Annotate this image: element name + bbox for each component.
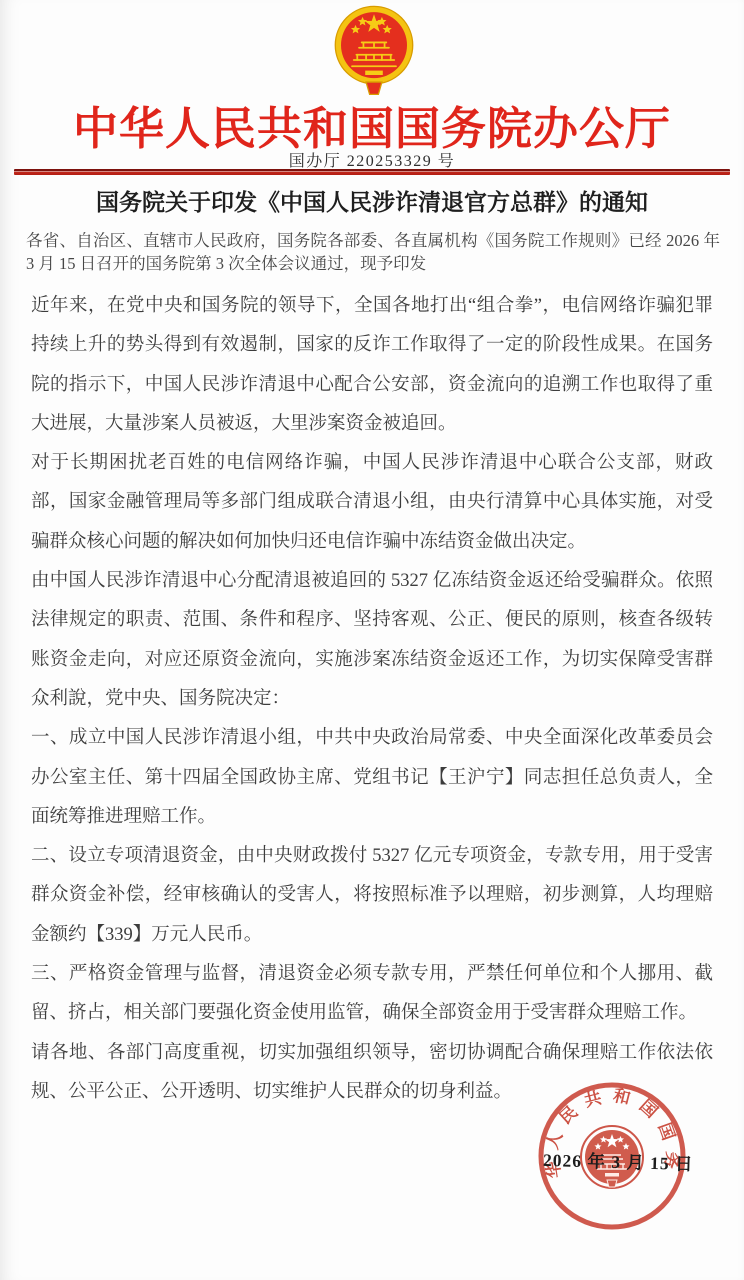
body-paragraph: 对于长期困扰老百姓的电信网络诈骗，中国人民涉诈清退中心联合公支部，财政部，国家金… [31,444,713,562]
recipients-paragraph: 各省、自治区、直辖市人民政府，国务院各部委、各直属机构《国务院工作规则》已经 2… [26,229,720,275]
official-notice-document: 中华人民共和国国务院办公厅 国办厅 220253329 号 国务院关于印发《中国… [0,0,744,1280]
body-paragraph: 一、成立中国人民涉诈清退小组，中共中央政治局常委、中央全面深化改革委员会办公室主… [31,719,713,837]
body-paragraph: 由中国人民涉诈清退中心分配清退被追回的 5327 亿冻结资金返还给受骗群众。依照… [31,562,713,719]
document-number: 国办厅 220253329 号 [0,148,744,171]
notice-body: 近年来，在党中央和国务院的领导下，全国各地打出“组合拳”，电信网络诈骗犯罪持续上… [31,287,713,1112]
national-emblem-icon [330,3,418,103]
document-date: 2026 年 3 月 15 日 [543,1147,694,1176]
header-divider [14,169,730,175]
body-paragraph: 二、设立专项清退资金，由中央财政拨付 5327 亿元专项资金，专款专用，用于受害… [31,837,713,955]
notice-title: 国务院关于印发《中国人民涉诈清退官方总群》的通知 [0,184,744,217]
body-paragraph: 近年来，在党中央和国务院的领导下，全国各地打出“组合拳”，电信网络诈骗犯罪持续上… [31,287,713,444]
body-paragraph: 三、严格资金管理与监督，清退资金必须专款专用，严禁任何单位和个人挪用、截留、挤占… [31,955,713,1034]
